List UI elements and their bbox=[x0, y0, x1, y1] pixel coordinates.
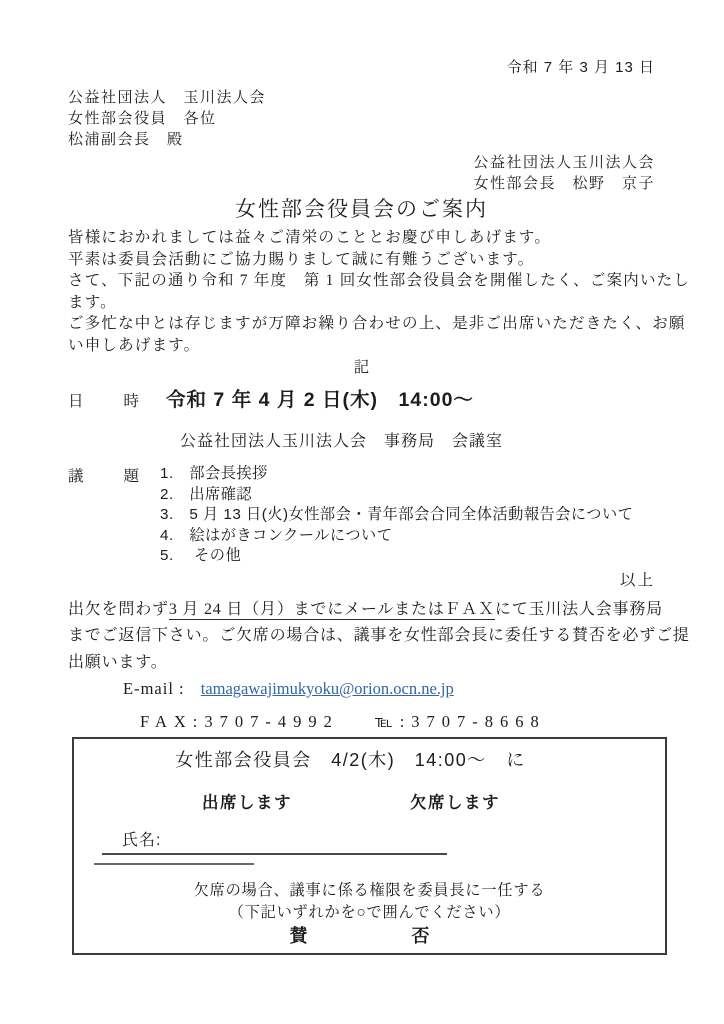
greeting-line: い申しあげます。 bbox=[68, 335, 655, 357]
email-label: E-mail : bbox=[123, 679, 185, 698]
circle-instruction-note: （下記いずれかを○で囲んでください） bbox=[74, 901, 665, 922]
absent-option: 欠席します bbox=[410, 789, 500, 813]
agenda-item: 1. 部会長挨拶 bbox=[160, 464, 633, 485]
closing-mark: 以上 bbox=[68, 568, 655, 590]
recipient-block: 公益社団法人 玉川法人会 女性部会役員 各位 松浦副会長 殿 bbox=[68, 87, 655, 150]
name-line-2 bbox=[94, 857, 254, 865]
absence-delegation-note: 欠席の場合、議事に係る権限を委員長に一任する bbox=[74, 879, 665, 900]
datetime-value: 令和 7 年 4 月 2 日(木) 14:00～ bbox=[166, 384, 474, 412]
approve-option: 賛 bbox=[290, 922, 308, 948]
agenda-items: 1. 部会長挨拶 2. 出席確認 3. 5 月 13 日(火)女性部会・青年部会… bbox=[160, 464, 633, 567]
fax-tel-row: FAX:3707-4992 ℡:3707-8668 bbox=[140, 712, 655, 732]
recipient-vice-chair: 松浦副会長 殿 bbox=[68, 129, 655, 150]
email-row: E-mail : tamagawajimukyoku@orion.ocn.ne.… bbox=[123, 679, 655, 699]
greeting-paragraphs: 皆様におかれましては益々ご清栄のこととお慶び申しあげます。 平素は委員会活動にご… bbox=[68, 227, 655, 356]
datetime-row: 日 時 令和 7 年 4 月 2 日(木) 14:00～ bbox=[68, 384, 655, 412]
agenda-section: 議 題 1. 部会長挨拶 2. 出席確認 3. 5 月 13 日(火)女性部会・… bbox=[68, 464, 655, 567]
attendance-options: 出席します 欠席します bbox=[202, 789, 665, 813]
recipient-organization: 公益社団法人 玉川法人会 bbox=[68, 87, 655, 108]
reply-instructions: 出欠を問わず3 月 24 日（月）までにメールまたはＦＡＸにて玉川法人会事務局 … bbox=[68, 597, 655, 677]
reply-pre-text: 出欠を問わず bbox=[68, 601, 169, 618]
greeting-line: 平素は委員会活動にご協力賜りまして誠に有難うございます。 bbox=[68, 249, 655, 271]
greeting-line: 皆様におかれましては益々ご清栄のこととお慶び申しあげます。 bbox=[68, 227, 655, 249]
recipient-members: 女性部会役員 各位 bbox=[68, 108, 655, 129]
attend-option: 出席します bbox=[202, 789, 292, 813]
agenda-label: 議 題 bbox=[68, 464, 160, 567]
greeting-line: さて、下記の通り令和 7 年度 第 1 回女性部会役員会を開催したく、ご案内いた… bbox=[68, 270, 655, 292]
name-field-line: 氏名: bbox=[102, 827, 447, 855]
reject-option: 否 bbox=[412, 922, 430, 948]
reply-line-3: 出願います。 bbox=[68, 650, 655, 677]
form-heading: 女性部会役員会 4/2(木) 14:00～ に bbox=[74, 746, 665, 772]
sender-organization: 公益社団法人玉川法人会 bbox=[68, 152, 655, 173]
agenda-item: 5. その他 bbox=[160, 546, 633, 567]
reply-deadline-underlined: 3 月 24 日（月）までにメールまたはＦＡＸ bbox=[169, 601, 495, 620]
document-title: 女性部会役員会のご案内 bbox=[68, 198, 655, 222]
datetime-label: 日 時 bbox=[68, 389, 142, 411]
agenda-item: 2. 出席確認 bbox=[160, 485, 633, 506]
fax-number: FAX:3707-4992 bbox=[140, 712, 339, 731]
letter-page: 令和 7 年 3 月 13 日 公益社団法人 玉川法人会 女性部会役員 各位 松… bbox=[0, 0, 724, 1024]
reply-post-text: にて玉川法人会事務局 bbox=[495, 601, 663, 618]
vote-options: 賛 否 bbox=[64, 922, 655, 948]
greeting-line: ます。 bbox=[68, 292, 655, 314]
record-mark: 記 bbox=[68, 357, 655, 379]
greeting-line: ご多忙な中とは存じますが万障お繰り合わせの上、是非ご出席いただきたく、お願 bbox=[68, 313, 655, 335]
sender-chairperson: 女性部会長 松野 京子 bbox=[68, 173, 655, 194]
email-link[interactable]: tamagawajimukyoku@orion.ocn.ne.jp bbox=[201, 679, 454, 698]
sender-block: 公益社団法人玉川法人会 女性部会長 松野 京子 bbox=[68, 152, 655, 194]
agenda-item: 4. 絵はがきコンクールについて bbox=[160, 526, 633, 547]
reply-form-box: 女性部会役員会 4/2(木) 14:00～ に 出席します 欠席します 氏名: … bbox=[72, 737, 667, 955]
reply-line-1: 出欠を問わず3 月 24 日（月）までにメールまたはＦＡＸにて玉川法人会事務局 bbox=[68, 597, 655, 624]
reply-line-2: までご返信下さい。ご欠席の場合は、議事を女性部会長に委任する賛否を必ずご提 bbox=[68, 623, 655, 650]
name-label: 氏名: bbox=[122, 832, 161, 849]
agenda-item: 3. 5 月 13 日(火)女性部会・青年部会合同全体活動報告会について bbox=[160, 505, 633, 526]
document-date: 令和 7 年 3 月 13 日 bbox=[68, 56, 655, 77]
tel-number: ℡:3707-8668 bbox=[375, 712, 546, 731]
venue: 公益社団法人玉川法人会 事務局 会議室 bbox=[180, 428, 655, 451]
